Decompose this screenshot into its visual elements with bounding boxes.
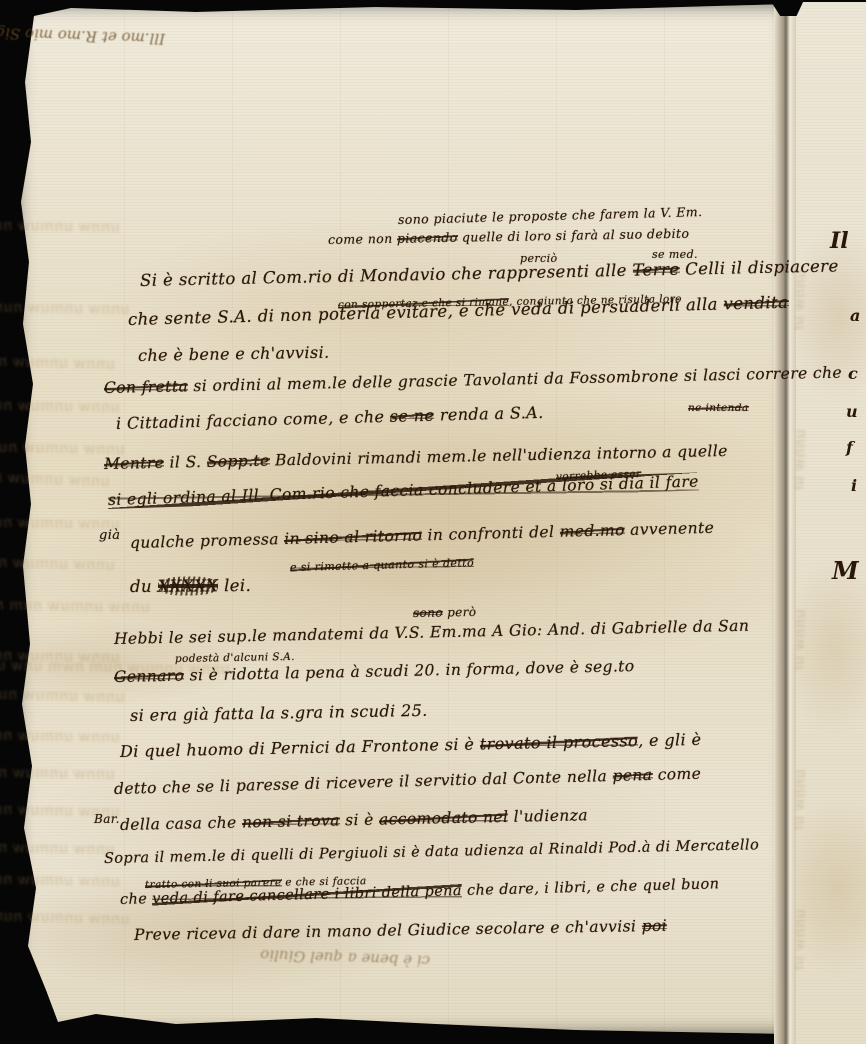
text-segment: , e gli è (638, 730, 702, 750)
manuscript-line-m1: già (99, 528, 120, 543)
text-segment: come (652, 765, 701, 784)
struck-text-segment: se ne (390, 406, 435, 426)
manuscript-line-l9: du XXXXX lei. (130, 576, 251, 596)
facing-page-line-start: a (850, 306, 860, 325)
struck-text-segment: Terre (632, 260, 679, 280)
struck-text-segment: Gennaro (114, 667, 185, 686)
text-segment: Bar. (94, 812, 120, 826)
struck-text-segment: in sino al ritorno (284, 526, 422, 548)
struck-text-segment: Mentre (104, 454, 165, 473)
facing-page-line-start: f (846, 438, 853, 457)
text-segment: in confronti del (422, 523, 560, 545)
facing-page-line-start: Il (830, 228, 849, 254)
text-segment: il S. (164, 453, 207, 472)
text-segment: però (443, 605, 477, 620)
struck-text-segment: med.mo (559, 521, 625, 541)
text-segment: già (99, 528, 120, 543)
struck-text-segment: Con fretta (104, 377, 188, 397)
manuscript-line-m2: Bar. (94, 812, 120, 826)
struck-text-segment: accomodato nel (379, 808, 509, 829)
facing-page-line-start: i (851, 476, 857, 495)
struck-text-segment: pena (612, 766, 652, 785)
text-segment: podestà d'alcuni S.A. (175, 651, 295, 665)
text-segment: che (120, 891, 153, 908)
manuscript-line-l3: che è bene e ch'avvisi. (138, 343, 330, 365)
text-segment: si è (340, 811, 380, 830)
page-fold-crease (774, 0, 798, 1044)
text-segment: lei. (218, 576, 251, 595)
struck-text-segment: ne intenda (688, 402, 749, 414)
manuscript-line-d6: sono però (413, 605, 477, 620)
struck-text-segment: poi (642, 917, 668, 935)
photograph-background: Ill.mo et R.mo mio Sig. Card. Lengre.ci … (0, 0, 866, 1044)
facing-page-line-start: c (848, 364, 858, 383)
struck-text-segment: piacendo (397, 230, 458, 246)
struck-text-segment: Sopp.te (207, 452, 270, 471)
text-segment: du (130, 577, 158, 596)
text-segment: della casa che (120, 813, 242, 834)
manuscript-line-d2: ne intenda (688, 402, 749, 414)
text-segment: renda a S.A. (434, 403, 544, 425)
facing-page-strip (796, 2, 866, 1044)
struck-text-segment: XXXXX (158, 576, 219, 596)
struck-text-segment: trovato il processo (480, 731, 639, 753)
facing-page-line-start: M (832, 556, 859, 585)
text-segment: che è bene e ch'avvisi. (138, 343, 330, 365)
manuscript-line-d7: podestà d'alcuni S.A. (175, 651, 295, 665)
struck-text-segment: vendita (723, 293, 788, 314)
text-segment: come non (328, 231, 397, 247)
struck-text-segment: sono (413, 605, 443, 620)
text-segment: l'udienza (508, 806, 588, 826)
text-segment: avvenente (625, 519, 715, 539)
facing-page-line-start: u (846, 402, 858, 421)
struck-text-segment: non si trova (242, 811, 340, 831)
text-segment: Celli il dispiacere (679, 256, 839, 278)
